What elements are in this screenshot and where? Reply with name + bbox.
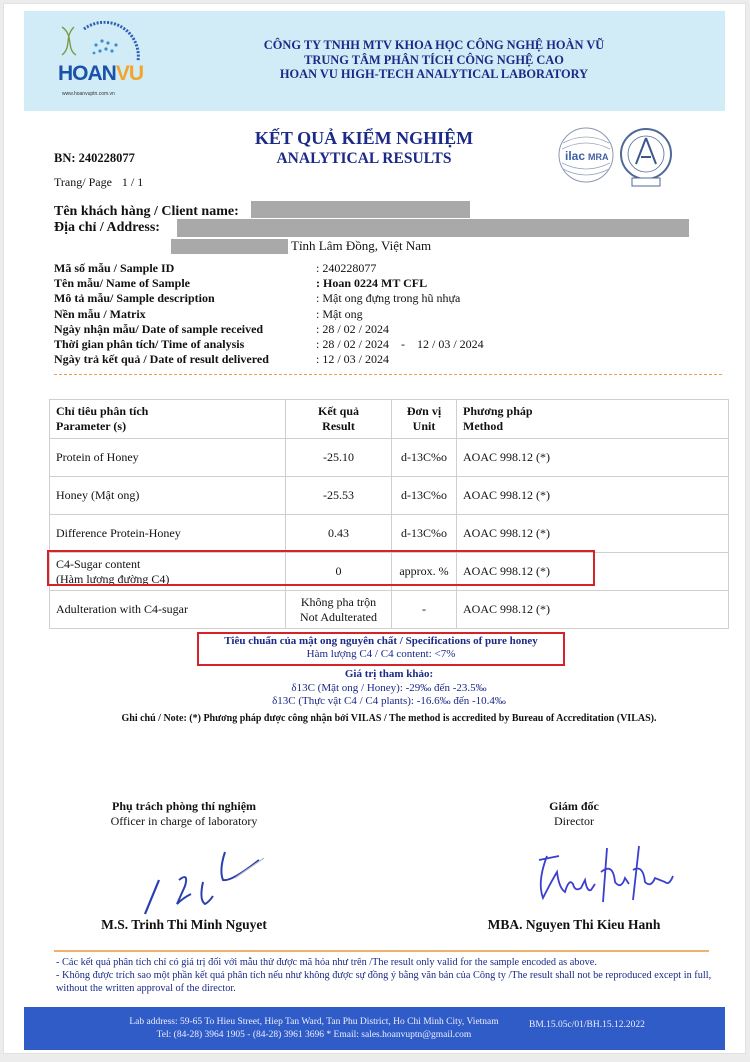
director-role-en: Director <box>469 814 679 829</box>
sample-info-label: Tên mẫu/ Name of Sample <box>54 276 316 291</box>
ilac-vilas-logo-icon: ilac MRA <box>557 125 682 189</box>
sample-info-value: : Hoan 0224 MT CFL <box>316 276 427 291</box>
svg-text:ilac: ilac <box>565 149 585 163</box>
cell-unit: d-13C%o <box>392 515 457 553</box>
footer-contact: Tel: (84-28) 3964 1905 - (84-28) 3961 36… <box>104 1029 524 1042</box>
accreditation-marks: ilac MRA <box>557 125 682 189</box>
form-code: BM.15.05c/01/BH.15.12.2022 <box>529 1020 645 1030</box>
sample-info-row: Mô tả mẫu/ Sample description: Mật ong đ… <box>54 291 484 306</box>
company-logo: HOANVU www.hoanvuptn.com.vn <box>56 21 142 99</box>
sample-info-label: Ngày trả kết quả / Date of result delive… <box>54 352 316 367</box>
cell-parameter: Adulteration with C4-sugar <box>50 591 286 629</box>
sample-info-label: Thời gian phân tích/ Time of analysis <box>54 337 316 352</box>
header-band: HOANVU www.hoanvuptn.com.vn CÔNG TY TNHH… <box>24 11 725 111</box>
sample-info-label: Mã số mẫu / Sample ID <box>54 261 316 276</box>
officer-role-vi: Phụ trách phòng thí nghiệm <box>64 799 304 814</box>
sample-info-row: Thời gian phân tích/ Time of analysis: 2… <box>54 337 484 352</box>
sample-info-row: Nền mẫu / Matrix: Mật ong <box>54 307 484 322</box>
redacted-address <box>177 219 689 237</box>
sample-info-value: : 28 / 02 / 2024 - 12 / 03 / 2024 <box>316 337 484 352</box>
client-name-label: Tên khách hàng / Client name: <box>54 204 239 220</box>
analytical-results-document: HOANVU www.hoanvuptn.com.vn CÔNG TY TNHH… <box>3 3 746 1054</box>
header-result: Kết quảResult <box>286 400 392 439</box>
company-heading: CÔNG TY TNHH MTV KHOA HỌC CÔNG NGHỆ HOÀN… <box>174 38 694 82</box>
disclaimer-line-2: - Không được trích sao một phần kết quả … <box>56 969 726 995</box>
cell-parameter: Protein of Honey <box>50 439 286 477</box>
orange-separator <box>54 950 709 952</box>
logo-graphic-icon <box>56 21 142 99</box>
header-method: Phương phápMethod <box>457 400 729 439</box>
officer-role-en: Officer in charge of laboratory <box>64 814 304 829</box>
cell-method: AOAC 998.12 (*) <box>457 439 729 477</box>
sample-info-label: Ngày nhận mẫu/ Date of sample received <box>54 322 316 337</box>
footer-address: Lab address: 59-65 To Hieu Street, Hiep … <box>104 1016 524 1041</box>
table-row: Adulteration with C4-sugarKhông pha trộn… <box>50 591 729 629</box>
sample-info-row: Ngày trả kết quả / Date of result delive… <box>54 352 484 367</box>
sample-info-value: : 28 / 02 / 2024 <box>316 322 389 337</box>
lab-name-en: HOAN VU HIGH-TECH ANALYTICAL LABORATORY <box>174 67 694 82</box>
sample-info-value: : 240228077 <box>316 261 376 276</box>
disclaimer-line-1: - Các kết quả phân tích chỉ có giá trị đ… <box>56 956 726 969</box>
sample-info-value: : Mật ong đựng trong hũ nhựa <box>316 291 460 306</box>
title-vi: KẾT QUẢ KIỂM NGHIỆM <box>194 128 534 149</box>
header-parameter: Chỉ tiêu phân tíchParameter (s) <box>50 400 286 439</box>
cell-method: AOAC 998.12 (*) <box>457 515 729 553</box>
sample-info-value: : Mật ong <box>316 307 363 322</box>
table-row: Protein of Honey-25.10d-13C%oAOAC 998.12… <box>50 439 729 477</box>
director-role-vi: Giám đốc <box>469 799 679 814</box>
officer-signature-icon <box>139 842 269 917</box>
table-row: Honey (Mật ong)-25.53d-13C%oAOAC 998.12 … <box>50 477 729 515</box>
sample-info-row: Ngày nhận mẫu/ Date of sample received: … <box>54 322 484 337</box>
cell-method: AOAC 998.12 (*) <box>457 591 729 629</box>
address-province: Tỉnh Lâm Đồng, Việt Nam <box>291 238 431 254</box>
cell-result: Không pha trộnNot Adulterated <box>286 591 392 629</box>
logo-wordmark: HOANVU <box>58 63 143 84</box>
director-signature-icon <box>529 842 679 912</box>
signature-block-officer: Phụ trách phòng thí nghiệm Officer in ch… <box>64 799 304 829</box>
officer-name: M.S. Trinh Thi Minh Nguyet <box>64 917 304 932</box>
orange-dotted-separator <box>54 374 722 375</box>
reference-title: Giá trị tham khảo: <box>54 668 724 682</box>
company-name-vi: CÔNG TY TNHH MTV KHOA HỌC CÔNG NGHỆ HOÀN… <box>174 38 694 53</box>
sample-info-list: Mã số mẫu / Sample ID: 240228077Tên mẫu/… <box>54 261 484 367</box>
table-row: Difference Protein-Honey0.43d-13C%oAOAC … <box>50 515 729 553</box>
logo-url: www.hoanvuptn.com.vn <box>62 91 115 97</box>
cell-parameter: Honey (Mật ong) <box>50 477 286 515</box>
spec-highlight-box <box>197 632 565 666</box>
cell-result: -25.10 <box>286 439 392 477</box>
svg-text:MRA: MRA <box>588 152 609 162</box>
c4-sugar-highlight-box <box>47 550 595 586</box>
document-title: KẾT QUẢ KIỂM NGHIỆM ANALYTICAL RESULTS <box>194 128 534 168</box>
director-name: MBA. Nguyen Thi Kieu Hanh <box>454 917 694 932</box>
reference-values: Giá trị tham khảo: δ13C (Mật ong / Honey… <box>54 668 724 709</box>
batch-number: BN: 240228077 <box>54 151 135 166</box>
redacted-client-name <box>251 201 470 218</box>
sample-info-label: Nền mẫu / Matrix <box>54 307 316 322</box>
page-number: Trang/ Page1 / 1 <box>54 175 143 190</box>
cell-unit: d-13C%o <box>392 439 457 477</box>
header-unit: Đơn vịUnit <box>392 400 457 439</box>
center-name-vi: TRUNG TÂM PHÂN TÍCH CÔNG NGHỆ CAO <box>174 53 694 68</box>
sample-info-label: Mô tả mẫu/ Sample description <box>54 291 316 306</box>
sample-info-row: Tên mẫu/ Name of Sample: Hoan 0224 MT CF… <box>54 276 484 291</box>
title-en: ANALYTICAL RESULTS <box>194 149 534 168</box>
cell-unit: - <box>392 591 457 629</box>
sample-info-value: : 12 / 03 / 2024 <box>316 352 389 367</box>
signature-block-director: Giám đốc Director <box>469 799 679 829</box>
table-header-row: Chỉ tiêu phân tíchParameter (s) Kết quảR… <box>50 400 729 439</box>
cell-parameter: Difference Protein-Honey <box>50 515 286 553</box>
cell-result: 0.43 <box>286 515 392 553</box>
footer-band: Lab address: 59-65 To Hieu Street, Hiep … <box>24 1007 725 1050</box>
cell-result: -25.53 <box>286 477 392 515</box>
cell-unit: d-13C%o <box>392 477 457 515</box>
cell-method: AOAC 998.12 (*) <box>457 477 729 515</box>
results-table: Chỉ tiêu phân tíchParameter (s) Kết quảR… <box>49 399 729 629</box>
sample-info-row: Mã số mẫu / Sample ID: 240228077 <box>54 261 484 276</box>
accreditation-note: Ghi chú / Note: (*) Phương pháp được côn… <box>54 713 724 724</box>
redacted-address-line2 <box>171 239 288 254</box>
reference-honey: δ13C (Mật ong / Honey): -29‰ đến -23.5‰ <box>54 682 724 696</box>
disclaimer: - Các kết quả phân tích chỉ có giá trị đ… <box>56 956 726 995</box>
reference-c4-plants: δ13C (Thực vật C4 / C4 plants): -16.6‰ đ… <box>54 695 724 709</box>
